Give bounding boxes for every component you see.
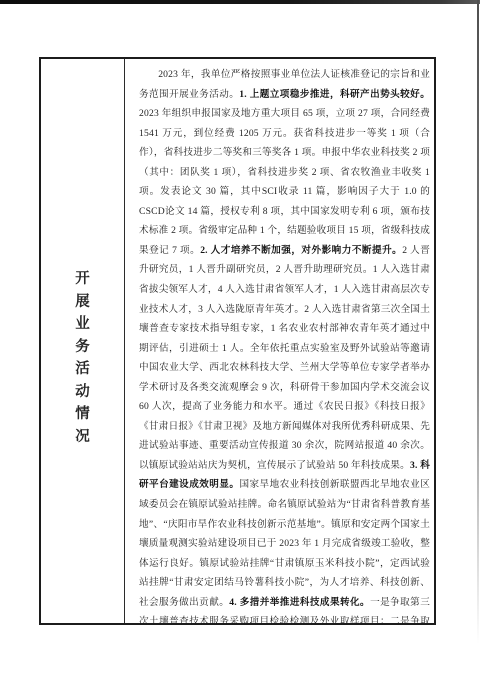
text-segment-heading-2: 2. 人才培养不断加强，对外影响力不断提升。 (200, 245, 402, 256)
text-segment-heading-4: 4. 多措并举推进科技成果转化。 (229, 597, 370, 608)
row-content-cell: 2023 年，我单位严格按照事业单位法人证核准登记的宗旨和业务范围开展业务活动。… (125, 59, 434, 623)
scan-artifact-top-bar (0, 0, 480, 4)
annual-report-table: 开展业务活动情况 2023 年，我单位严格按照事业单位法人证核准登记的宗旨和业务… (39, 57, 436, 625)
row-label-business-activities: 开展业务活动情况 (75, 268, 91, 448)
text-segment: 国家旱地农业科技创新联盟西北旱地农业区域委员会在镇原试验站挂牌。命名镇原试验站为… (139, 479, 430, 607)
text-segment-heading-1: 1. 上题立项稳步推进，科研产出势头较好。 (239, 89, 430, 100)
row-label-cell: 开展业务活动情况 (41, 59, 125, 623)
scan-artifact-right-edge (477, 0, 479, 678)
scanned-report-page: 开展业务活动情况 2023 年，我单位严格按照事业单位法人证核准登记的宗旨和业务… (0, 0, 480, 678)
business-activities-paragraph: 2023 年，我单位严格按照事业单位法人证核准登记的宗旨和业务范围开展业务活动。… (139, 65, 430, 623)
text-segment: 2 人晋升研究员，1 人晋升副研究员，2 人晋升助理研究员。1 人入选甘肃省拔尖… (139, 245, 430, 471)
text-segment: 2023 年组织申报国家及地方重大项目 65 项，立项 27 项，合同经费 15… (139, 108, 430, 256)
